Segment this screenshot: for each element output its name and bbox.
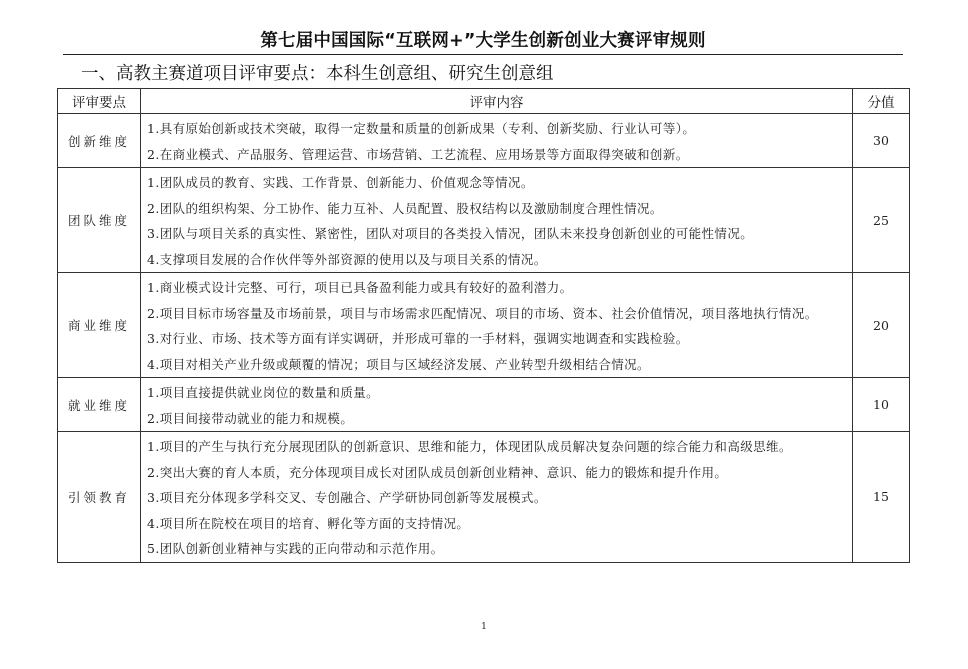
table-header-row: 评审要点 评审内容 分值 — [58, 89, 910, 114]
criteria-item: 4.支撑项目发展的合作伙伴等外部资源的使用以及与项目关系的情况。 — [147, 247, 852, 273]
criteria-item: 2.突出大赛的育人本质，充分体现项目成长对团队成员创新创业精神、意识、能力的锻炼… — [147, 460, 852, 486]
header-content: 评审内容 — [141, 89, 853, 114]
criteria-content: 1.项目的产生与执行充分展现团队的创新意识、思维和能力，体现团队成员解决复杂问题… — [141, 432, 853, 563]
dimension-label: 团队维度 — [58, 168, 141, 273]
header-criteria: 评审要点 — [58, 89, 141, 114]
table-row-business: 商业维度 1.商业模式设计完整、可行，项目已具备盈利能力或具有较好的盈利潜力。 … — [58, 273, 910, 378]
criteria-item: 1.项目的产生与执行充分展现团队的创新意识、思维和能力，体现团队成员解决复杂问题… — [147, 434, 852, 460]
dimension-label: 引领教育 — [58, 432, 141, 563]
document-title: 第七届中国国际“互联网+”大学生创新创业大赛评审规则 — [63, 30, 903, 55]
criteria-item: 3.对行业、市场、技术等方面有详实调研，并形成可靠的一手材料，强调实地调查和实践… — [147, 326, 852, 352]
criteria-item: 3.团队与项目关系的真实性、紧密性，团队对项目的各类投入情况，团队未来投身创新创… — [147, 221, 852, 247]
criteria-item: 4.项目所在院校在项目的培育、孵化等方面的支持情况。 — [147, 511, 852, 537]
criteria-item: 2.项目间接带动就业的能力和规模。 — [147, 406, 852, 432]
evaluation-criteria-table: 评审要点 评审内容 分值 创新维度 1.具有原始创新或技术突破，取得一定数量和质… — [57, 88, 910, 563]
criteria-item: 4.项目对相关产业升级或颠覆的情况；项目与区域经济发展、产业转型升级相结合情况。 — [147, 352, 852, 378]
score-value: 20 — [853, 273, 910, 378]
section-heading: 一、高教主赛道项目评审要点：本科生创意组、研究生创意组 — [81, 63, 554, 85]
table-row-employment: 就业维度 1.项目直接提供就业岗位的数量和质量。 2.项目间接带动就业的能力和规… — [58, 378, 910, 432]
criteria-item: 5.团队创新创业精神与实践的正向带动和示范作用。 — [147, 536, 852, 562]
page-number: 1 — [478, 622, 490, 632]
table-row-education: 引领教育 1.项目的产生与执行充分展现团队的创新意识、思维和能力，体现团队成员解… — [58, 432, 910, 563]
criteria-item: 1.商业模式设计完整、可行，项目已具备盈利能力或具有较好的盈利潜力。 — [147, 275, 852, 301]
criteria-item: 2.在商业模式、产品服务、管理运营、市场营销、工艺流程、应用场景等方面取得突破和… — [147, 142, 852, 168]
criteria-item: 1.具有原始创新或技术突破，取得一定数量和质量的创新成果（专利、创新奖励、行业认… — [147, 116, 852, 142]
criteria-content: 1.商业模式设计完整、可行，项目已具备盈利能力或具有较好的盈利潜力。 2.项目目… — [141, 273, 853, 378]
criteria-item: 2.团队的组织构架、分工协作、能力互补、人员配置、股权结构以及激励制度合理性情况… — [147, 196, 852, 222]
criteria-item: 3.项目充分体现多学科交叉、专创融合、产学研协同创新等发展模式。 — [147, 485, 852, 511]
criteria-item: 1.团队成员的教育、实践、工作背景、创新能力、价值观念等情况。 — [147, 170, 852, 196]
table-row-team: 团队维度 1.团队成员的教育、实践、工作背景、创新能力、价值观念等情况。 2.团… — [58, 168, 910, 273]
score-value: 15 — [853, 432, 910, 563]
header-score: 分值 — [853, 89, 910, 114]
dimension-label: 创新维度 — [58, 114, 141, 168]
criteria-item: 2.项目目标市场容量及市场前景，项目与市场需求匹配情况、项目的市场、资本、社会价… — [147, 301, 852, 327]
dimension-label: 就业维度 — [58, 378, 141, 432]
table-row-innovation: 创新维度 1.具有原始创新或技术突破，取得一定数量和质量的创新成果（专利、创新奖… — [58, 114, 910, 168]
score-value: 30 — [853, 114, 910, 168]
dimension-label: 商业维度 — [58, 273, 141, 378]
score-value: 25 — [853, 168, 910, 273]
criteria-content: 1.具有原始创新或技术突破，取得一定数量和质量的创新成果（专利、创新奖励、行业认… — [141, 114, 853, 168]
criteria-content: 1.项目直接提供就业岗位的数量和质量。 2.项目间接带动就业的能力和规模。 — [141, 378, 853, 432]
criteria-item: 1.项目直接提供就业岗位的数量和质量。 — [147, 380, 852, 406]
criteria-content: 1.团队成员的教育、实践、工作背景、创新能力、价值观念等情况。 2.团队的组织构… — [141, 168, 853, 273]
score-value: 10 — [853, 378, 910, 432]
